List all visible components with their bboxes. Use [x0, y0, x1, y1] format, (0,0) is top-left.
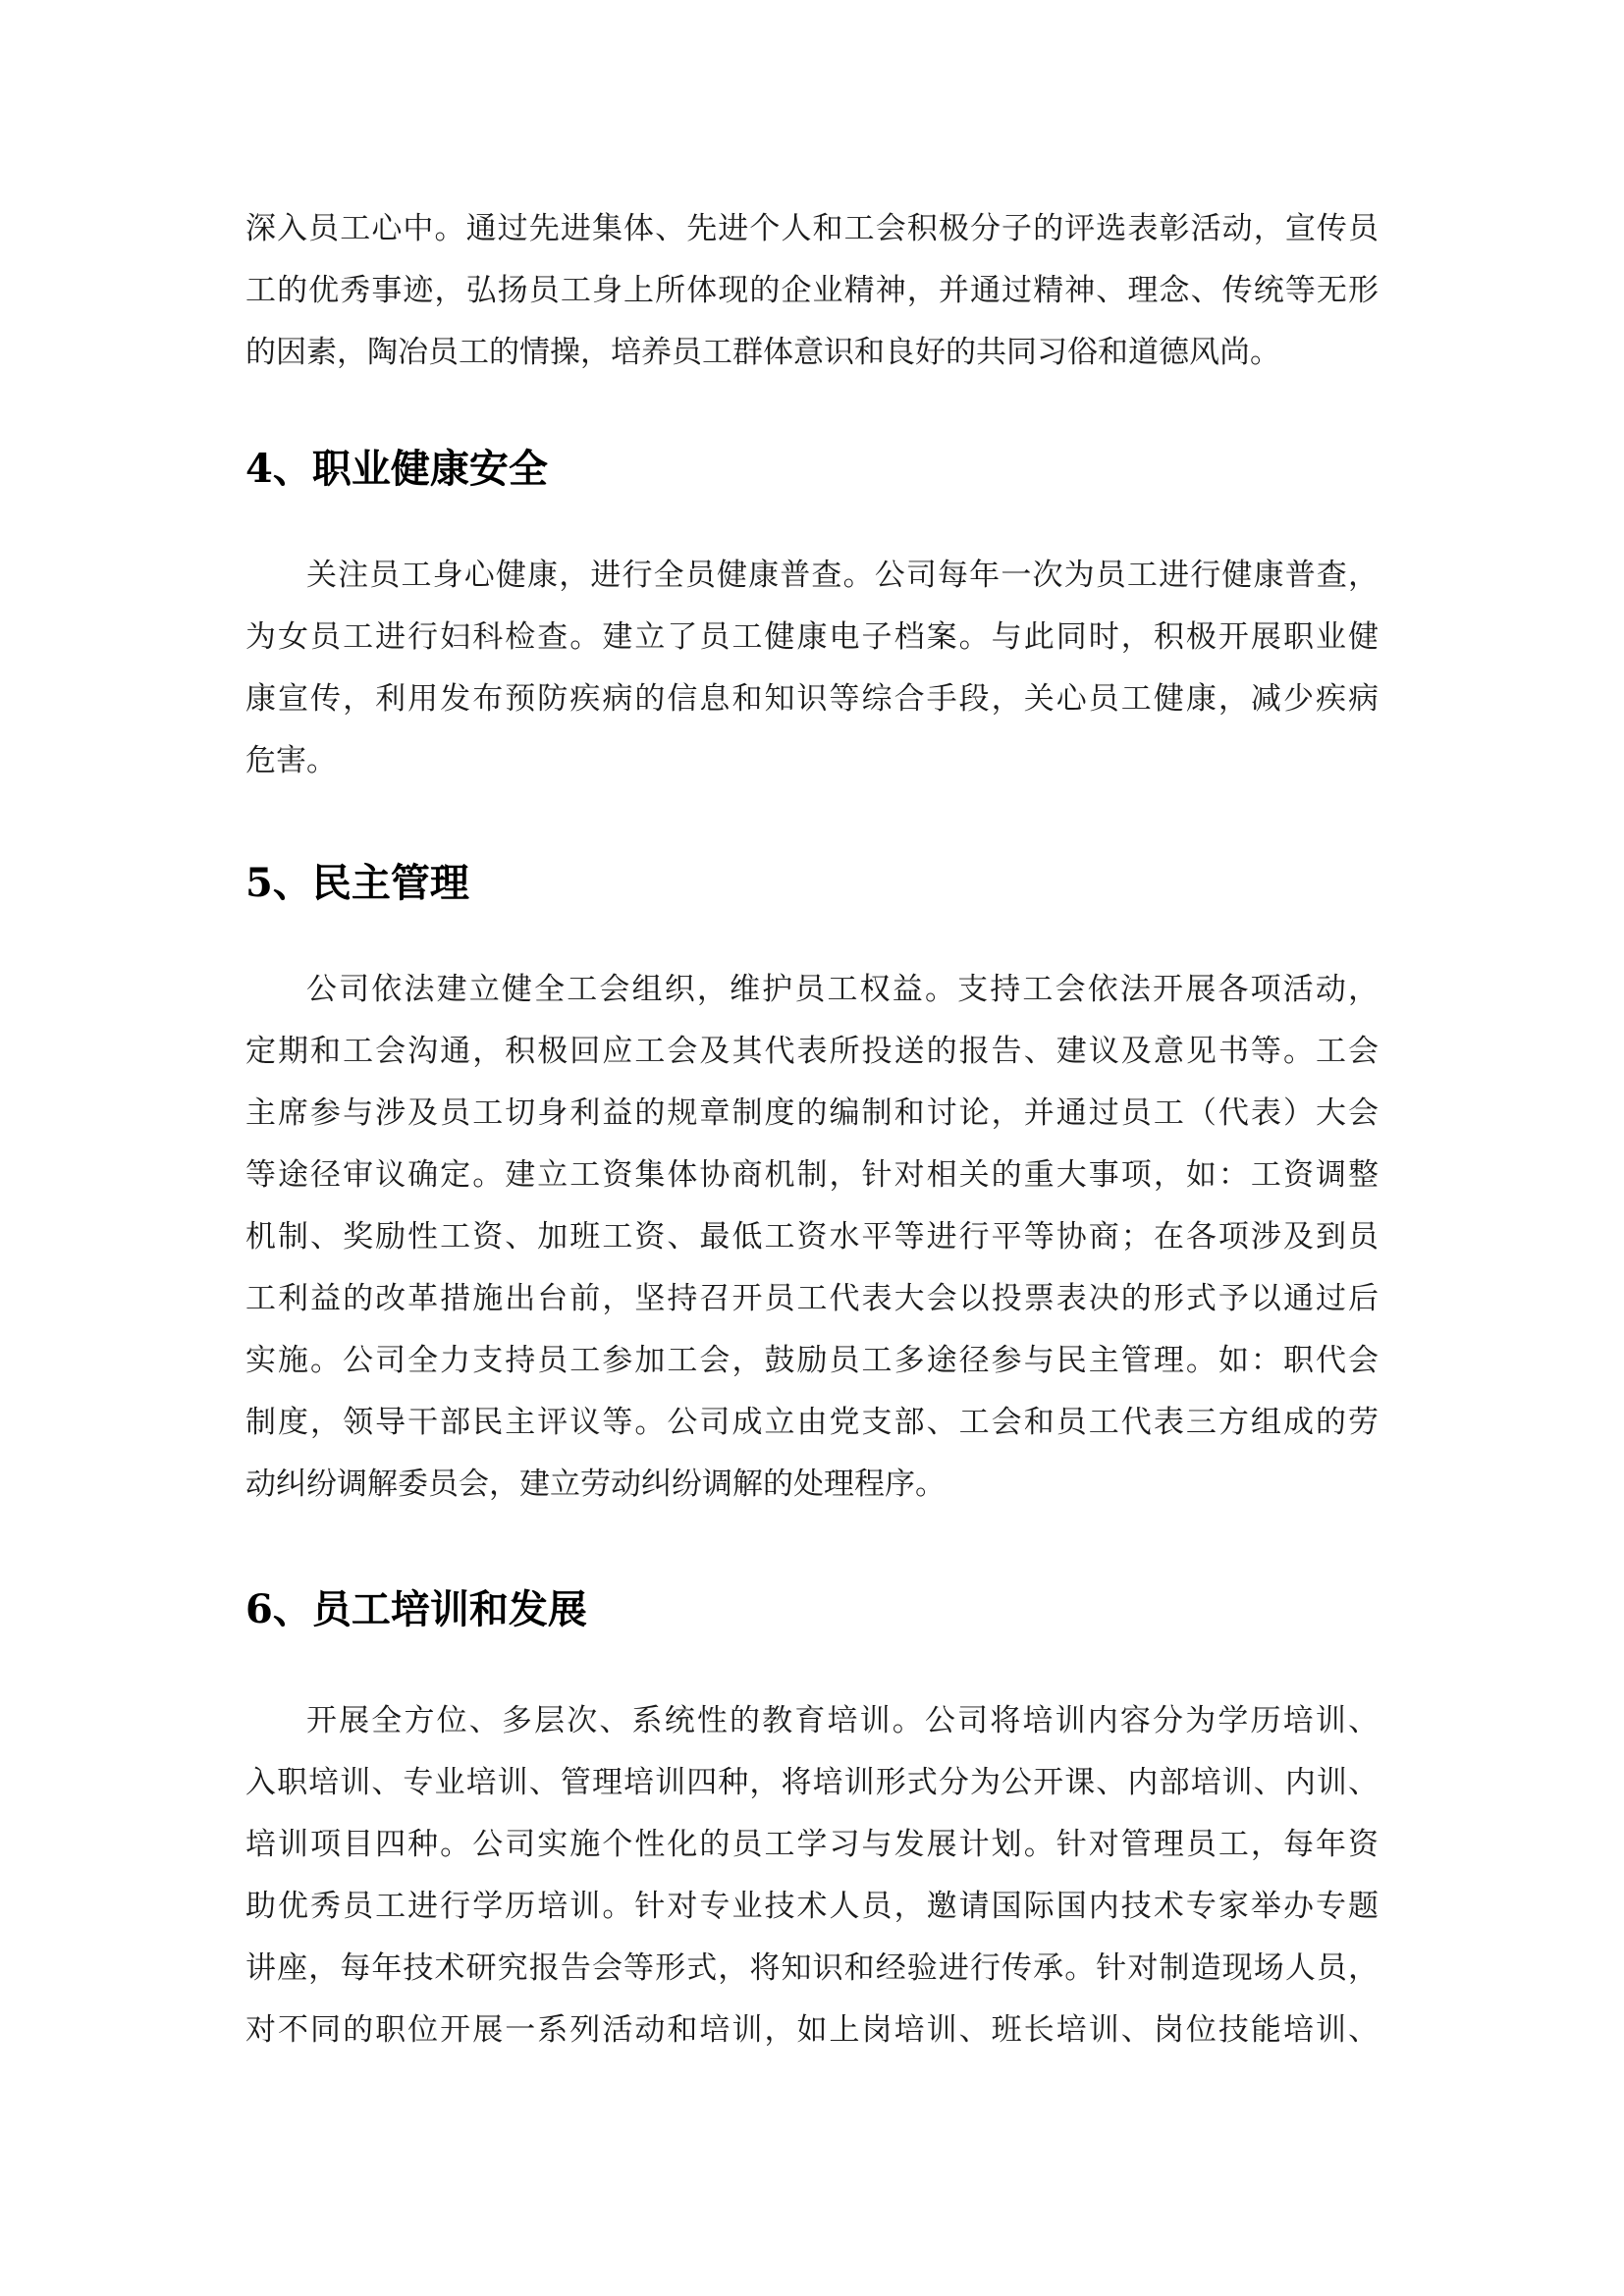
section-paragraph-training-development: 开展全方位、多层次、系统性的教育培训。公司将培训内容分为学历培训、 入职培训、专…	[245, 1690, 1379, 2061]
paragraph-line: 等途径审议确定。建立工资集体协商机制，针对相关的重大事项，如：工资调整	[245, 1145, 1379, 1206]
paragraph-line: 主席参与涉及员工切身利益的规章制度的编制和讨论，并通过员工（代表）大会	[245, 1083, 1379, 1145]
paragraph-line: 培训项目四种。公司实施个性化的员工学习与发展计划。针对管理员工，每年资	[245, 1814, 1379, 1876]
paragraph-line: 危害。	[245, 730, 1379, 792]
section-paragraph-occupational-health: 关注员工身心健康，进行全员健康普查。公司每年一次为员工进行健康普查， 为女员工进…	[245, 545, 1379, 792]
section-heading-training-development: 6、员工培训和发展	[245, 1582, 587, 1637]
paragraph-line: 讲座，每年技术研究报告会等形式，将知识和经验进行传承。针对制造现场人员，	[245, 1938, 1379, 2000]
continued-paragraph: 深入员工心中。通过先进集体、先进个人和工会积极分子的评选表彰活动，宣传员 工的优…	[245, 198, 1379, 384]
section-heading-occupational-health: 4、职业健康安全	[245, 442, 548, 497]
section-paragraph-democratic-management: 公司依法建立健全工会组织，维护员工权益。支持工会依法开展各项活动， 定期和工会沟…	[245, 959, 1379, 1516]
paragraph-line: 康宣传，利用发布预防疾病的信息和知识等综合手段，关心员工健康，减少疾病	[245, 668, 1379, 730]
paragraph-line: 助优秀员工进行学历培训。针对专业技术人员，邀请国际国内技术专家举办专题	[245, 1876, 1379, 1938]
paragraph-line: 的因素，陶冶员工的情操，培养员工群体意识和良好的共同习俗和道德风尚。	[245, 322, 1379, 384]
paragraph-line: 实施。公司全力支持员工参加工会，鼓励员工多途径参与民主管理。如：职代会	[245, 1330, 1379, 1392]
paragraph-line: 深入员工心中。通过先进集体、先进个人和工会积极分子的评选表彰活动，宣传员	[245, 198, 1379, 260]
section-heading-democratic-management: 5、民主管理	[245, 856, 469, 911]
paragraph-line: 关注员工身心健康，进行全员健康普查。公司每年一次为员工进行健康普查，	[245, 545, 1379, 607]
paragraph-line: 动纠纷调解委员会，建立劳动纠纷调解的处理程序。	[245, 1454, 1379, 1516]
paragraph-line: 入职培训、专业培训、管理培训四种，将培训形式分为公开课、内部培训、内训、	[245, 1752, 1379, 1814]
paragraph-line: 公司依法建立健全工会组织，维护员工权益。支持工会依法开展各项活动，	[245, 959, 1379, 1021]
paragraph-line: 机制、奖励性工资、加班工资、最低工资水平等进行平等协商；在各项涉及到员	[245, 1206, 1379, 1268]
paragraph-line: 工利益的改革措施出台前，坚持召开员工代表大会以投票表决的形式予以通过后	[245, 1268, 1379, 1330]
paragraph-line: 为女员工进行妇科检查。建立了员工健康电子档案。与此同时，积极开展职业健	[245, 607, 1379, 668]
paragraph-line: 对不同的职位开展一系列活动和培训，如上岗培训、班长培训、岗位技能培训、	[245, 2000, 1379, 2061]
paragraph-line: 制度，领导干部民主评议等。公司成立由党支部、工会和员工代表三方组成的劳	[245, 1392, 1379, 1454]
paragraph-line: 开展全方位、多层次、系统性的教育培训。公司将培训内容分为学历培训、	[245, 1690, 1379, 1752]
paragraph-line: 工的优秀事迹，弘扬员工身上所体现的企业精神，并通过精神、理念、传统等无形	[245, 260, 1379, 322]
paragraph-line: 定期和工会沟通，积极回应工会及其代表所投送的报告、建议及意见书等。工会	[245, 1021, 1379, 1083]
